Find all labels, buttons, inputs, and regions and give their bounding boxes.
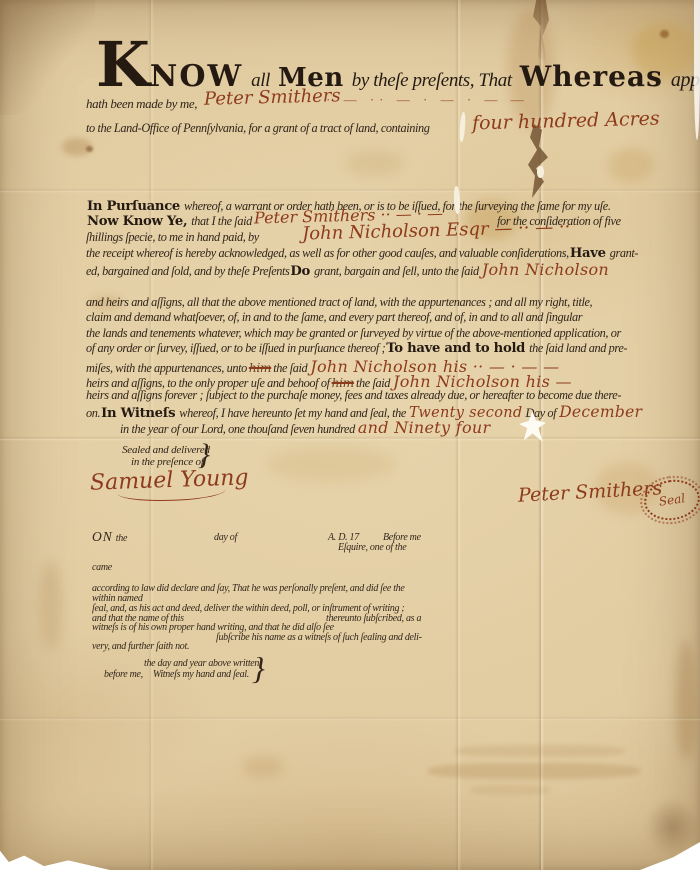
ack-on-the: ONthe (92, 529, 127, 545)
printed-text: before me, (104, 669, 143, 680)
printed-text: of any order or ſurvey, iſſued, or to be… (86, 341, 385, 355)
now-know-ye-display: Now Know Ye, (87, 214, 187, 229)
stain (676, 640, 696, 760)
deed-document: K NOW all Men by theſe preſents, That Wh… (0, 0, 700, 870)
signature-flourish (118, 470, 226, 501)
do-display: Do (290, 264, 310, 279)
bleedthrough-mark (470, 785, 550, 795)
stain (345, 150, 405, 176)
in-pursuance-display: In Purſuance (87, 199, 180, 214)
ack-day-of: day of (214, 532, 237, 543)
fold-crease (0, 716, 700, 721)
printed-text: in the year of our Lord, one thouſand ſe… (120, 422, 355, 436)
ack-on-cap: ON (92, 529, 113, 544)
ack-esquire: Eſquire, one of the (338, 542, 406, 553)
stain (40, 560, 62, 650)
pursuance-line-3: ſhillings ſpecie, to me in hand paid, by (86, 230, 259, 245)
printed-text: the (116, 533, 127, 544)
ack-closing-1: the day and year above written, (144, 658, 261, 669)
stain (86, 146, 93, 152)
seal-ring: Seal (641, 476, 700, 523)
habendum-line-1: and heirs and aſſigns, all that the abov… (86, 295, 592, 310)
printed-text: ed, bargained and ſold, and by theſe Pre… (86, 264, 289, 278)
stain (266, 446, 396, 482)
printed-text: on. (86, 406, 100, 420)
pursuance-line-5: ed, bargained and ſold, and by theſe Pre… (86, 260, 612, 279)
month-hw: December (559, 403, 642, 421)
stain (608, 148, 654, 182)
ack-line-4b: thereunto ſubſcribed, as a (326, 613, 421, 624)
sealed-delivered-line-1: Sealed and delivered (122, 444, 210, 456)
ack-line-6: ſubſcribe his name as a witneſs of ſuch … (216, 632, 422, 643)
printed-text: grant- (610, 246, 638, 260)
heading-mid: by theſe preſents, That (352, 70, 512, 92)
curly-brace: } (252, 650, 265, 687)
year-hw: and Ninety four (358, 418, 491, 437)
ack-closing-2: before me,Witneſs my hand and ſeal. (104, 669, 249, 680)
bleedthrough-mark (428, 763, 640, 779)
pursuance-line-2a: Now Know Ye,that I the ſaid (86, 214, 252, 229)
torn-edge-top-right (694, 0, 700, 140)
stain (243, 756, 283, 778)
habendum-line-9: in the year of our Lord, one thouſand ſe… (120, 418, 493, 437)
applicant-name-hw: Peter Smithers (204, 85, 341, 110)
habendum-line-4: of any order or ſurvey, iſſued, or to be… (86, 341, 627, 356)
fold-crease (0, 188, 700, 193)
made-by-line: hath been made by me, (86, 96, 197, 112)
ack-came: came (92, 562, 112, 573)
deed-heading: K NOW all Men by theſe preſents, That Wh… (96, 40, 700, 94)
ack-line-7: very, and further ſaith not. (92, 641, 189, 652)
pursuance-line-4: the receipt whereof is hereby acknowledg… (86, 246, 638, 261)
grantee-name-hw: John Nicholson (482, 260, 609, 279)
printed-text: that I the ſaid (191, 214, 252, 228)
heading-initial: K (96, 40, 148, 90)
to-have-and-to-hold-display: To have and to hold (386, 341, 525, 356)
habendum-line-7: heirs and aſſigns forever ; ſubject to t… (86, 388, 621, 403)
printed-text: Witneſs my hand and ſeal. (153, 669, 249, 680)
top-left-fold-shadow (0, 0, 95, 115)
stain (660, 30, 669, 38)
ink-dashes: · — ·· — · — · — — (326, 92, 529, 108)
habendum-line-3: the lands and tenements whatever, which … (86, 326, 621, 341)
printed-text: the ſaid land and pre- (529, 341, 627, 355)
printed-text: the receipt whereof is hereby acknowledg… (86, 246, 569, 260)
land-office-line: to the Land-Office of Pennſylvania, for … (86, 121, 429, 136)
seal-label: Seal (658, 491, 686, 509)
heading-whereas: Whereas (520, 60, 663, 93)
printed-text: grant, bargain and ſell, unto the ſaid (314, 264, 479, 278)
tear-gap (537, 166, 544, 178)
habendum-line-2: claim and demand whatſoever, of, in and … (86, 310, 582, 325)
have-display: Have (570, 246, 606, 261)
bleedthrough-mark (455, 745, 625, 757)
hand-drawn-seal: Seal (641, 476, 700, 523)
